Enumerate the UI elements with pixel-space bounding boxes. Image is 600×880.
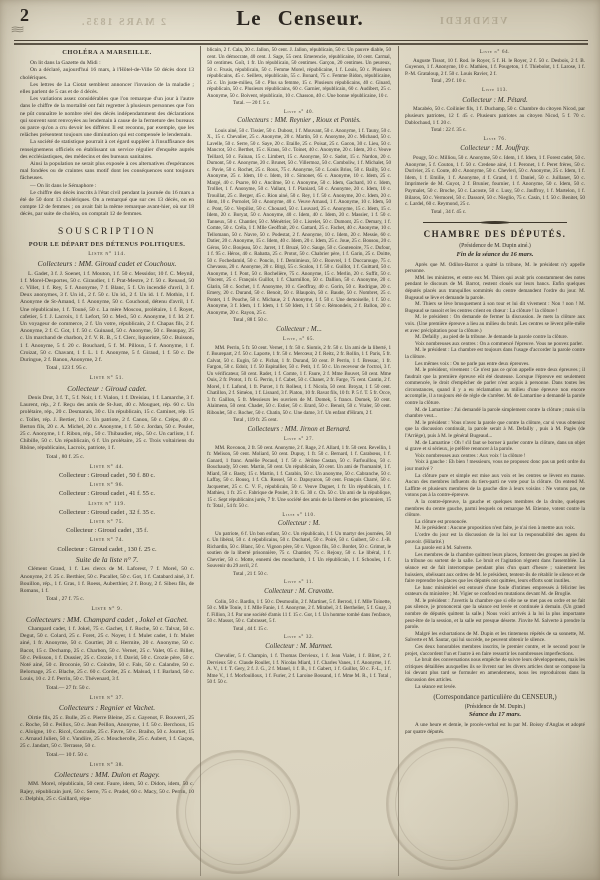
subscription-list: Oirtie fils, 25 c. Bulle, 25 c. Pierre B…: [20, 715, 194, 751]
embossed-stamp-inner-ring: [185, 759, 291, 865]
paragraph: M. le président : On demande de fermer l…: [405, 314, 585, 334]
embossed-stamp: [176, 750, 300, 874]
center-note: (Présidence de M. Dupin ainé.): [405, 243, 585, 250]
paragraph: Le bruit des conversations nous empêche …: [405, 657, 585, 683]
ornament-flourish: ≋: [10, 23, 26, 36]
subscription-list: MM. Morel, républicain, 50 cent. Faure, …: [20, 781, 194, 803]
subscription-list: Pougy, 50 c. Milliou, 50 c. Anonyme, 50 …: [405, 155, 585, 208]
collector-line: Collecteur : M. Marmet.: [207, 643, 391, 652]
total-line: Total.— 10 f. 50 c.: [20, 752, 194, 759]
subscription-list: MM. Rovonon, 2 fr. 50 cent. Anonyme, 2 f…: [207, 445, 391, 510]
total-line: Total , 123 f. 95 c.: [20, 365, 194, 372]
subscription-list: L. Gadet, 3 f. J. Soenet, 1 f. Mouton, 1…: [20, 271, 194, 365]
subscription-list: Clément Grand, 1 f. Les clercs de M. Laf…: [20, 566, 194, 595]
total-line: Total. — 20 f. 5 c.: [207, 100, 391, 107]
liste-number: Liste 76.: [405, 137, 585, 144]
collector-line: Collecteur : Giroud cadet , 35 f.: [20, 527, 194, 534]
collector-line: Collecteur : M. Pétard.: [405, 96, 585, 105]
subscription-list: Champard cadet, 1 f. Jokel, 75 c. Gachet…: [20, 626, 194, 684]
newspaper-page: 2 Le Censeur. VENDREDI 2 MARS 1835. ≋ CH…: [0, 0, 600, 880]
liste-number: Liste n° 38.: [20, 762, 194, 769]
paragraph: Les membres de la chambre quittent leurs…: [405, 552, 585, 585]
liste-number: Liste n° 32.: [207, 635, 391, 642]
subscription-list: Louis ainé, 50 c. Tissier, 50 c. Dubost,…: [207, 128, 391, 317]
liste-number: Liste, n° 65.: [207, 337, 391, 344]
paragraph: M. Thiers se lève brusquement à son tour…: [405, 301, 585, 314]
total-line: Total , 88 f. 50 c.: [207, 317, 391, 324]
paragraph: La société de statistique pourrait à cet…: [20, 139, 194, 161]
column-divider-rule: [200, 46, 201, 876]
paragraph: — On lit dans le Sémaphore :: [20, 183, 194, 190]
paragraph: Après que M. Odilon-Barrot a quitté la t…: [405, 262, 585, 275]
total-line: Total , 80 f. 25 c.: [20, 454, 194, 461]
liste-number: Liste n° 75.: [20, 519, 194, 526]
section-divider: [423, 219, 567, 226]
collector-line: Collecteur : Giroud cadet , 32 f. 35 c.: [20, 509, 194, 516]
collector-line: Collecteur : M.: [207, 520, 391, 529]
collector-line: Collecteur : Giroud cadet.: [20, 384, 194, 393]
total-line: Total , 34 f. 45 c.: [405, 209, 585, 216]
liste-number: Liste n° 27.: [207, 437, 391, 444]
paragraph: Le chiffre des décès inscrits à l'état c…: [20, 190, 194, 219]
liste-number: Liste n° 110.: [207, 513, 391, 520]
paragraph: MM. les ministres, et entre eux M. Thier…: [405, 275, 585, 301]
section-subtitle: POUR LE DÉPART DES DÉTENUS POLITIQUES.: [20, 241, 194, 248]
paragraph: Les mêmes voix : On ne parle pas entre d…: [405, 361, 585, 368]
paragraph: M. Defailly , au pied de la tribune. Je …: [405, 334, 585, 341]
liste-number: Liste n° 40.: [207, 110, 391, 117]
liste-number: Liste n° 9.: [20, 606, 194, 613]
paragraph: A une heure et demie, le procès-verbal e…: [405, 722, 585, 735]
total-line: Total , 27 f. 75 c.: [20, 596, 194, 603]
subscription-list: blicain, 2 f. Cala, 20 c. Jallon, 50 cen…: [207, 47, 391, 99]
subscription-list: MM. Perrin, 5 fr. 50 cent. Vernet, 1 fr.…: [207, 345, 391, 417]
section-title: SOUSCRIPTION: [20, 227, 194, 238]
paragraph: Ces deux honorables membres inscrits, le…: [405, 644, 585, 657]
liste-number: Liste n° 37.: [20, 695, 194, 702]
section-title: CHAMBRE DES DÉPUTÉS.: [405, 229, 585, 240]
subscription-list: Un patriote, 6 f. Un bon enfant, 50 c. U…: [207, 531, 391, 570]
collector-line: Collecteurs : MM. Giroud cadet et Coucho…: [20, 259, 194, 268]
paragraph: M. le président : Aucune proposition n'e…: [405, 525, 585, 532]
collector-line: Suite de la liste n° 7.: [20, 555, 194, 564]
liste-number: Liste 113.: [405, 88, 585, 95]
subscription-list: Colin, 50 c. Bardin, 1 f. 50 c. Desmouli…: [207, 599, 391, 625]
collector-line: Collecteur : Giroud cadet , 41 f. 55 c.: [20, 490, 194, 497]
total-line: Total , 119 fr. 25 cent.: [207, 417, 391, 424]
collector-line: Collecteur : M. Jouffray.: [405, 144, 585, 153]
subscription-list: Chevalier, 5 f. Champin, 1 f. Thomas Der…: [207, 653, 391, 686]
paragraph: M. le président : Vous n'avez la parole …: [405, 420, 585, 440]
paragraph: L'ordre du jour est la discussion de la …: [405, 532, 585, 545]
paragraph: Le banc ministériel est entouré d'une fo…: [405, 585, 585, 598]
subscription-list: Macabéo, 50 c. Coilinier fils, 1 f. Duch…: [405, 106, 585, 126]
liste-number: Liste n° 114.: [20, 251, 194, 258]
collector-line: Collecteurs : MM. Jirnon et Bernard.: [207, 426, 391, 435]
paragraph: Voix nombreuses aux centres : On a comme…: [405, 341, 585, 348]
collector-line: Collecteur : Giroud cadet , 130 f. 25 c.: [20, 546, 194, 553]
paragraph: Voix à gauche : Eh bien ! messieurs, vou…: [405, 459, 585, 472]
paragraph: Ainsi la population ne serait plus expos…: [20, 161, 194, 183]
paragraph: M. le président : J'avertis la chambre q…: [405, 598, 585, 631]
paragraph: La parole est à M. Salverte.: [405, 545, 585, 552]
paragraph: On lit dans la Gazette du Midi :: [20, 60, 194, 67]
collector-line: Collecteur : M. Cravotte.: [207, 588, 391, 597]
paragraph: M. le président : La chambre est toujour…: [405, 347, 585, 360]
liste-number: Liste n° 74.: [20, 537, 194, 544]
collector-line: Collecteurs : MM. Dulon et Ragey.: [20, 770, 194, 779]
paragraph: La clôture pure et simple est mise aux v…: [405, 473, 585, 499]
article-headline: CHOLÉRA A MARSEILLE.: [20, 49, 194, 56]
paragraph: Malgré les exhortations de M. Dupin et l…: [405, 631, 585, 644]
correspondence-note: (Correspondance particulière du CENSEUR,…: [405, 695, 585, 702]
center-note: (Présidence de M. Dupin.): [405, 704, 585, 711]
paragraph: Les variations assez considérables que l…: [20, 96, 194, 139]
total-line: Total , 21 f. 50 c.: [207, 571, 391, 578]
paragraph: Voix nombreuses aux centres : Aux voix !…: [405, 453, 585, 460]
subscription-list: Auguste Tissot, 10 f. Rod. le Royer, 5 f…: [405, 58, 585, 78]
collector-line: Collecteur : Giroud cadet , 50 f. 80 c.: [20, 472, 194, 479]
bleed-through-day: VENDREDI: [438, 16, 507, 27]
bleed-through-date: 2 MARS 1835.: [80, 17, 166, 28]
column-1: CHOLÉRA A MARSEILLE.On lit dans la Gazet…: [20, 47, 194, 876]
total-line: Total.— 27 fr. 50 c.: [20, 685, 194, 692]
paragraph: A la contre-épreuve, la gauche et quelqu…: [405, 499, 585, 519]
collector-line: Collecteurs : MM. Champard cadet , Jokel…: [20, 615, 194, 624]
column-divider-rule: [398, 46, 399, 876]
liste-number: Liste n° 119.: [20, 501, 194, 508]
total-line: Total , 29 f. 10 c.: [405, 78, 585, 85]
masthead-rule: [14, 40, 588, 45]
subscription-list: Denis Drut, 3 f. T., 5 f. Noir, 1 f. Via…: [20, 395, 194, 453]
paragraph: M. de Lamartine : J'ai demandé la parole…: [405, 407, 585, 420]
paragraph: On a déclaré, aujourd'hui 16 mars, à l'H…: [20, 67, 194, 81]
collector-line: Collecteur : M...: [207, 326, 391, 335]
session-title: Fin de la séance du 16 mars.: [405, 252, 585, 259]
collector-line: Collecteurs : MM. Reynier , Rioux et Pon…: [207, 117, 391, 126]
paragraph: M. de Lamartine : Oh ! s'il faut se born…: [405, 440, 585, 453]
paragraph: M. le président, vivement : Ce n'est pas…: [405, 367, 585, 407]
liste-number: Liste n° 96.: [20, 482, 194, 489]
total-line: Total : 22 f. 35 c.: [405, 127, 585, 134]
liste-number: Liste n° 64.: [405, 50, 585, 57]
collector-line: Collecteurs : Regnier et Vachet.: [20, 703, 194, 712]
session-title: Séance du 17 mars.: [405, 712, 585, 719]
liste-number: Liste n° 44.: [20, 464, 194, 471]
paragraph: Les lettres de La Ciotat semblent annonc…: [20, 82, 194, 96]
liste-number: Liste n° 11.: [207, 580, 391, 587]
embossed-stamp-inner-ring: [395, 747, 509, 861]
embossed-stamp: [386, 738, 518, 870]
paragraph: La séance est levée.: [405, 684, 585, 691]
liste-number: Liste n° 51.: [20, 375, 194, 382]
total-line: Total , 44 f. 15 c.: [207, 626, 391, 633]
